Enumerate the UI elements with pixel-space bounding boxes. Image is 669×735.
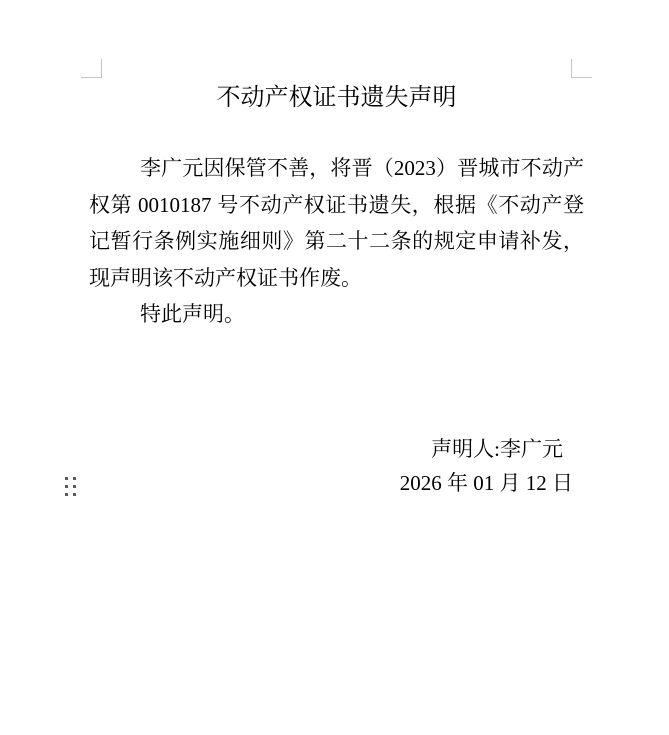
declaration-date[interactable]: 2026 年 01 月 12 日 (400, 465, 573, 501)
text-boundary-corner-mark-right (571, 59, 592, 78)
body-line-4[interactable]: 现声明该不动产权证书作废。 (89, 260, 584, 297)
body-line-2[interactable]: 权第 0010187 号不动产权证书遗失，根据《不动产登 (89, 187, 584, 224)
declarant-signature[interactable]: 声明人:李广元 (431, 431, 563, 467)
drag-handle-dot (65, 493, 68, 496)
declaration-paragraph: 李广元因保管不善，将晋（2023）晋城市不动产 权第 0010187 号不动产权… (89, 150, 584, 333)
drag-handle-icon[interactable] (65, 477, 76, 496)
drag-handle-dot (73, 485, 76, 488)
drag-handle-dot (65, 485, 68, 488)
document-title[interactable]: 不动产权证书遗失声明 (89, 83, 584, 113)
drag-handle-dot (73, 477, 76, 480)
body-line-1[interactable]: 李广元因保管不善，将晋（2023）晋城市不动产 (89, 150, 584, 187)
body-line-3[interactable]: 记暂行条例实施细则》第二十二条的规定申请补发， (89, 223, 584, 260)
text-boundary-corner-mark-left (81, 59, 102, 78)
drag-handle-dot (65, 477, 68, 480)
drag-handle-dot (73, 493, 76, 496)
body-line-5[interactable]: 特此声明。 (89, 296, 584, 333)
document-page: 不动产权证书遗失声明 李广元因保管不善，将晋（2023）晋城市不动产 权第 00… (0, 0, 669, 735)
